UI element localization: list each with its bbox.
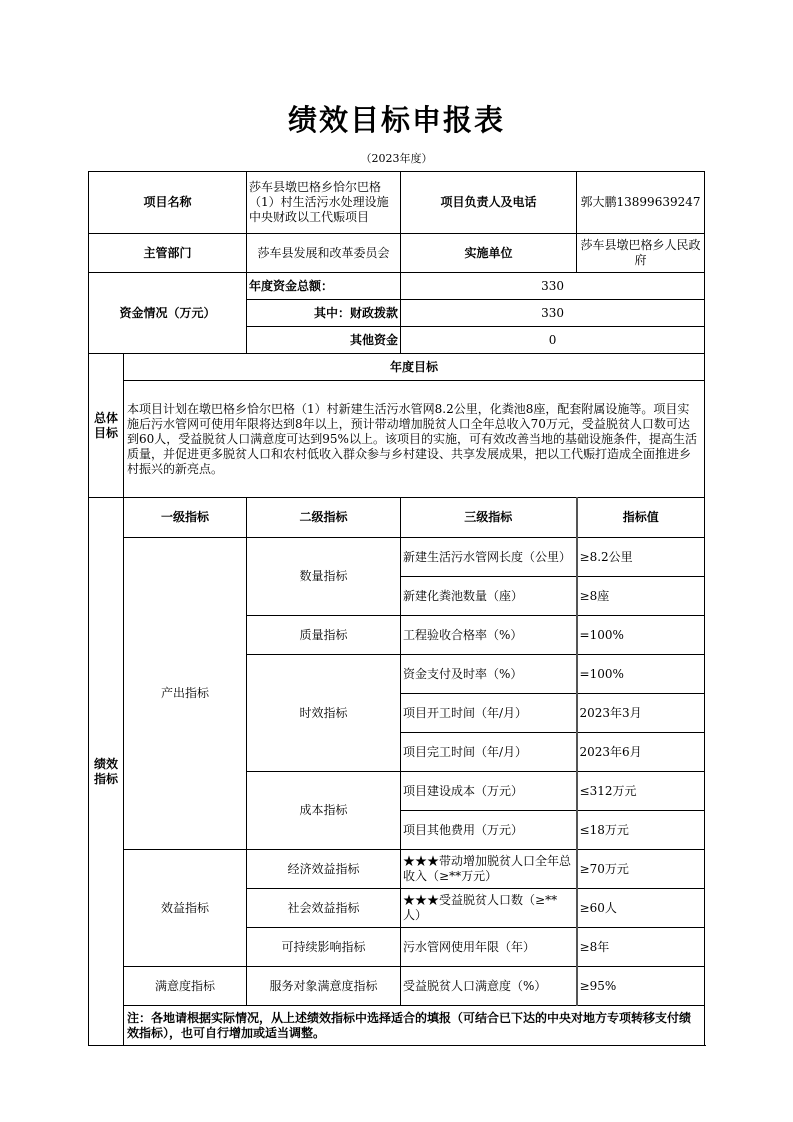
indicators-side-label: 绩效指标 — [89, 498, 124, 1046]
funds-other-value: 0 — [401, 327, 705, 354]
annual-goal-text: 本项目计划在墩巴格乡恰尔巴格（1）村新建生活污水管网8.2公里，化粪池8座，配套… — [124, 381, 705, 498]
indicator-value: =100% — [577, 655, 705, 694]
indicator-name: 资金支付及时率（%） — [401, 655, 577, 694]
level1-satisfaction: 满意度指标 — [124, 967, 247, 1006]
document-title: 绩效目标申报表 — [0, 98, 793, 139]
indicator-row: 满意度指标 服务对象满意度指标 受益脱贫人口满意度（%） ≥95% — [89, 967, 705, 1006]
project-name-row: 项目名称 莎车县墩巴格乡恰尔巴格（1）村生活污水处理设施中央财政以工代赈项目 项… — [89, 172, 705, 234]
indicator-value: 2023年3月 — [577, 694, 705, 733]
indicator-name: ★★★带动增加脱贫人口全年总收入（≥**万元） — [401, 850, 577, 889]
department-label: 主管部门 — [89, 234, 247, 273]
header-level2: 二级指标 — [247, 498, 401, 538]
header-level3: 三级指标 — [401, 498, 577, 538]
annual-goal-text-row: 本项目计划在墩巴格乡恰尔巴格（1）村新建生活污水管网8.2公里，化粪池8座，配套… — [89, 381, 705, 498]
funds-fiscal-value: 330 — [401, 300, 705, 327]
level2-social: 社会效益指标 — [247, 889, 401, 928]
note-row: 注：各地请根据实际情况，从上述绩效指标中选择适合的填报（可结合已下达的中央对地方… — [89, 1006, 705, 1046]
indicator-name: 项目建设成本（万元） — [401, 772, 577, 811]
indicator-value: ≥8座 — [577, 577, 705, 616]
indicator-name: 项目完工时间（年/月） — [401, 733, 577, 772]
indicator-value: =100% — [577, 616, 705, 655]
indicator-name: 新建生活污水管网长度（公里） — [401, 538, 577, 577]
indicator-value: 2023年6月 — [577, 733, 705, 772]
department-value: 莎车县发展和改革委员会 — [247, 234, 401, 273]
project-name-label: 项目名称 — [89, 172, 247, 234]
performance-target-form: 项目名称 莎车县墩巴格乡恰尔巴格（1）村生活污水处理设施中央财政以工代赈项目 项… — [88, 171, 705, 1046]
level2-sustainable: 可持续影响指标 — [247, 928, 401, 967]
level2-quality: 质量指标 — [247, 616, 401, 655]
project-owner-label: 项目负责人及电话 — [401, 172, 577, 234]
indicator-value: ≥8.2公里 — [577, 538, 705, 577]
overall-goal-side-label: 总体目标 — [89, 354, 124, 498]
level2-service: 服务对象满意度指标 — [247, 967, 401, 1006]
indicator-name: 受益脱贫人口满意度（%） — [401, 967, 577, 1006]
header-value: 指标值 — [577, 498, 705, 538]
header-level1: 一级指标 — [124, 498, 247, 538]
level2-economic: 经济效益指标 — [247, 850, 401, 889]
implementer-value: 莎车县墩巴格乡人民政府 — [577, 234, 705, 273]
indicator-row: 产出指标 数量指标 新建生活污水管网长度（公里） ≥8.2公里 — [89, 538, 705, 577]
indicator-row: 效益指标 经济效益指标 ★★★带动增加脱贫人口全年总收入（≥**万元） ≥70万… — [89, 850, 705, 889]
indicator-name: 项目开工时间（年/月） — [401, 694, 577, 733]
indicator-value: ≥60人 — [577, 889, 705, 928]
level2-timeliness: 时效指标 — [247, 655, 401, 772]
indicator-header-row: 绩效指标 一级指标 二级指标 三级指标 指标值 — [89, 498, 705, 538]
department-row: 主管部门 莎车县发展和改革委员会 实施单位 莎车县墩巴格乡人民政府 — [89, 234, 705, 273]
indicator-name: ★★★受益脱贫人口数（≥**人） — [401, 889, 577, 928]
funds-total-value: 330 — [401, 273, 705, 300]
indicator-value: ≥70万元 — [577, 850, 705, 889]
funds-label: 资金情况（万元） — [89, 273, 247, 354]
level1-benefit: 效益指标 — [124, 850, 247, 967]
level2-cost: 成本指标 — [247, 772, 401, 850]
year-label: （2023年度） — [0, 150, 793, 166]
level1-output: 产出指标 — [124, 538, 247, 850]
indicator-name: 污水管网使用年限（年） — [401, 928, 577, 967]
funds-row-total: 资金情况（万元） 年度资金总额： 330 — [89, 273, 705, 300]
implementer-label: 实施单位 — [401, 234, 577, 273]
annual-goal-header-row: 总体目标 年度目标 — [89, 354, 705, 381]
indicator-value: ≤18万元 — [577, 811, 705, 850]
annual-goal-header: 年度目标 — [124, 354, 705, 381]
note-text: 注：各地请根据实际情况，从上述绩效指标中选择适合的填报（可结合已下达的中央对地方… — [124, 1006, 705, 1046]
level2-quantity: 数量指标 — [247, 538, 401, 616]
funds-total-label: 年度资金总额： — [247, 273, 401, 300]
indicator-value: ≥95% — [577, 967, 705, 1006]
project-name-value: 莎车县墩巴格乡恰尔巴格（1）村生活污水处理设施中央财政以工代赈项目 — [247, 172, 401, 234]
funds-other-label: 其他资金 — [247, 327, 401, 354]
project-owner-value: 郭大鹏13899639247 — [577, 172, 705, 234]
indicator-value: ≥8年 — [577, 928, 705, 967]
indicator-name: 新建化粪池数量（座） — [401, 577, 577, 616]
indicator-name: 工程验收合格率（%） — [401, 616, 577, 655]
indicator-value: ≤312万元 — [577, 772, 705, 811]
indicator-name: 项目其他费用（万元） — [401, 811, 577, 850]
funds-fiscal-label: 其中：财政拨款 — [247, 300, 401, 327]
